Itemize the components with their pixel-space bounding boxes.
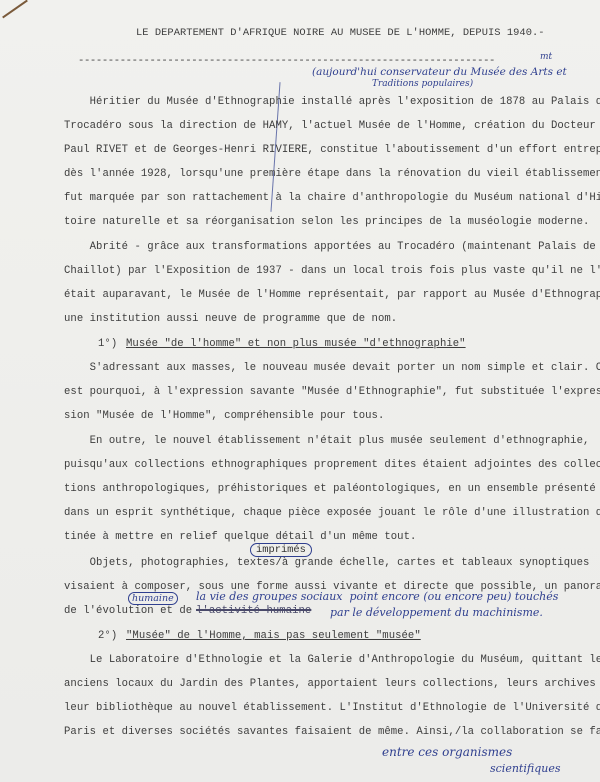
text-line: S'adressant aux masses, le nouveau musée… [64, 362, 600, 374]
section-2-number: 2°) [98, 630, 117, 642]
text-line: leur bibliothèque au nouvel établissemen… [64, 702, 600, 714]
struck-text: l'activité humaine [196, 605, 311, 617]
text-line: une institution aussi neuve de programme… [64, 313, 397, 325]
annotation-bottom-line1: entre ces organismes [382, 745, 512, 759]
corner-ink-mark [2, 0, 28, 18]
annotation-conservateur-line1: (aujourd'hui conservateur du Musée des A… [312, 66, 567, 78]
section-1-number: 1°) [98, 338, 117, 350]
text-line: Paul RIVET et de Georges-Henri RIVIERE, … [64, 144, 600, 156]
text-line: dans un esprit synthétique, chaque pièce… [64, 507, 600, 519]
text-line: tinée à mettre en relief quelque détail … [64, 531, 416, 543]
text-line: Le Laboratoire d'Ethnologie et la Galeri… [64, 654, 600, 666]
text-line: anciens locaux du Jardin des Plantes, ap… [64, 678, 600, 690]
section-1-heading: Musée "de l'homme" et non plus musée "d'… [126, 338, 466, 350]
text-line: Trocadéro sous la direction de HAMY, l'a… [64, 120, 596, 132]
text-line: dès l'année 1928, lorsqu'une première ét… [64, 168, 600, 180]
typewritten-page: LE DEPARTEMENT D'AFRIQUE NOIRE AU MUSEE … [0, 0, 600, 782]
text-line: sion "Musée de l'Homme", compréhensible … [64, 410, 384, 422]
text-line: était auparavant, le Musée de l'Homme re… [64, 289, 600, 301]
text-line: Chaillot) par l'Exposition de 1937 - dan… [64, 265, 600, 277]
text-line: tions anthropologiques, préhistoriques e… [64, 483, 596, 495]
annotation-groups-line2: par le développement du machinisme. [330, 606, 543, 619]
annotation-groups-line1: la vie des groupes sociaux point encore … [196, 590, 558, 603]
text-line: toire naturelle et sa réorganisation sel… [64, 216, 589, 228]
text-line: puisqu'aux collections ethnographiques p… [64, 459, 600, 471]
text-line: Abrité - grâce aux transformations appor… [64, 241, 596, 253]
text-line: Paris et diverses sociétés savantes fais… [64, 726, 600, 738]
margin-bleed-through-handwriting [9, 240, 22, 244]
section-2-heading: "Musée" de l'Homme, mais pas seulement "… [126, 630, 421, 642]
annotation-conservateur-line2: Traditions populaires) [372, 79, 473, 89]
text-line: Objets, photographies, textes/à grande é… [64, 557, 589, 569]
text-line: En outre, le nouvel établissement n'étai… [64, 435, 589, 447]
annotation-imprimes: imprimés [250, 543, 312, 557]
text-line: Héritier du Musée d'Ethnographie install… [64, 96, 600, 108]
annotation-bottom-line2: scientifiques [490, 762, 560, 775]
text-line: est pourquoi, à l'expression savante "Mu… [64, 386, 600, 398]
document-title: LE DEPARTEMENT D'AFRIQUE NOIRE AU MUSEE … [136, 27, 545, 39]
text-line: de l'évolution et de [64, 605, 192, 617]
corner-annotation: mt [540, 52, 552, 62]
annotation-humaine: humaine [128, 592, 178, 605]
text-line: fut marquée par son rattachement à la ch… [64, 192, 600, 204]
